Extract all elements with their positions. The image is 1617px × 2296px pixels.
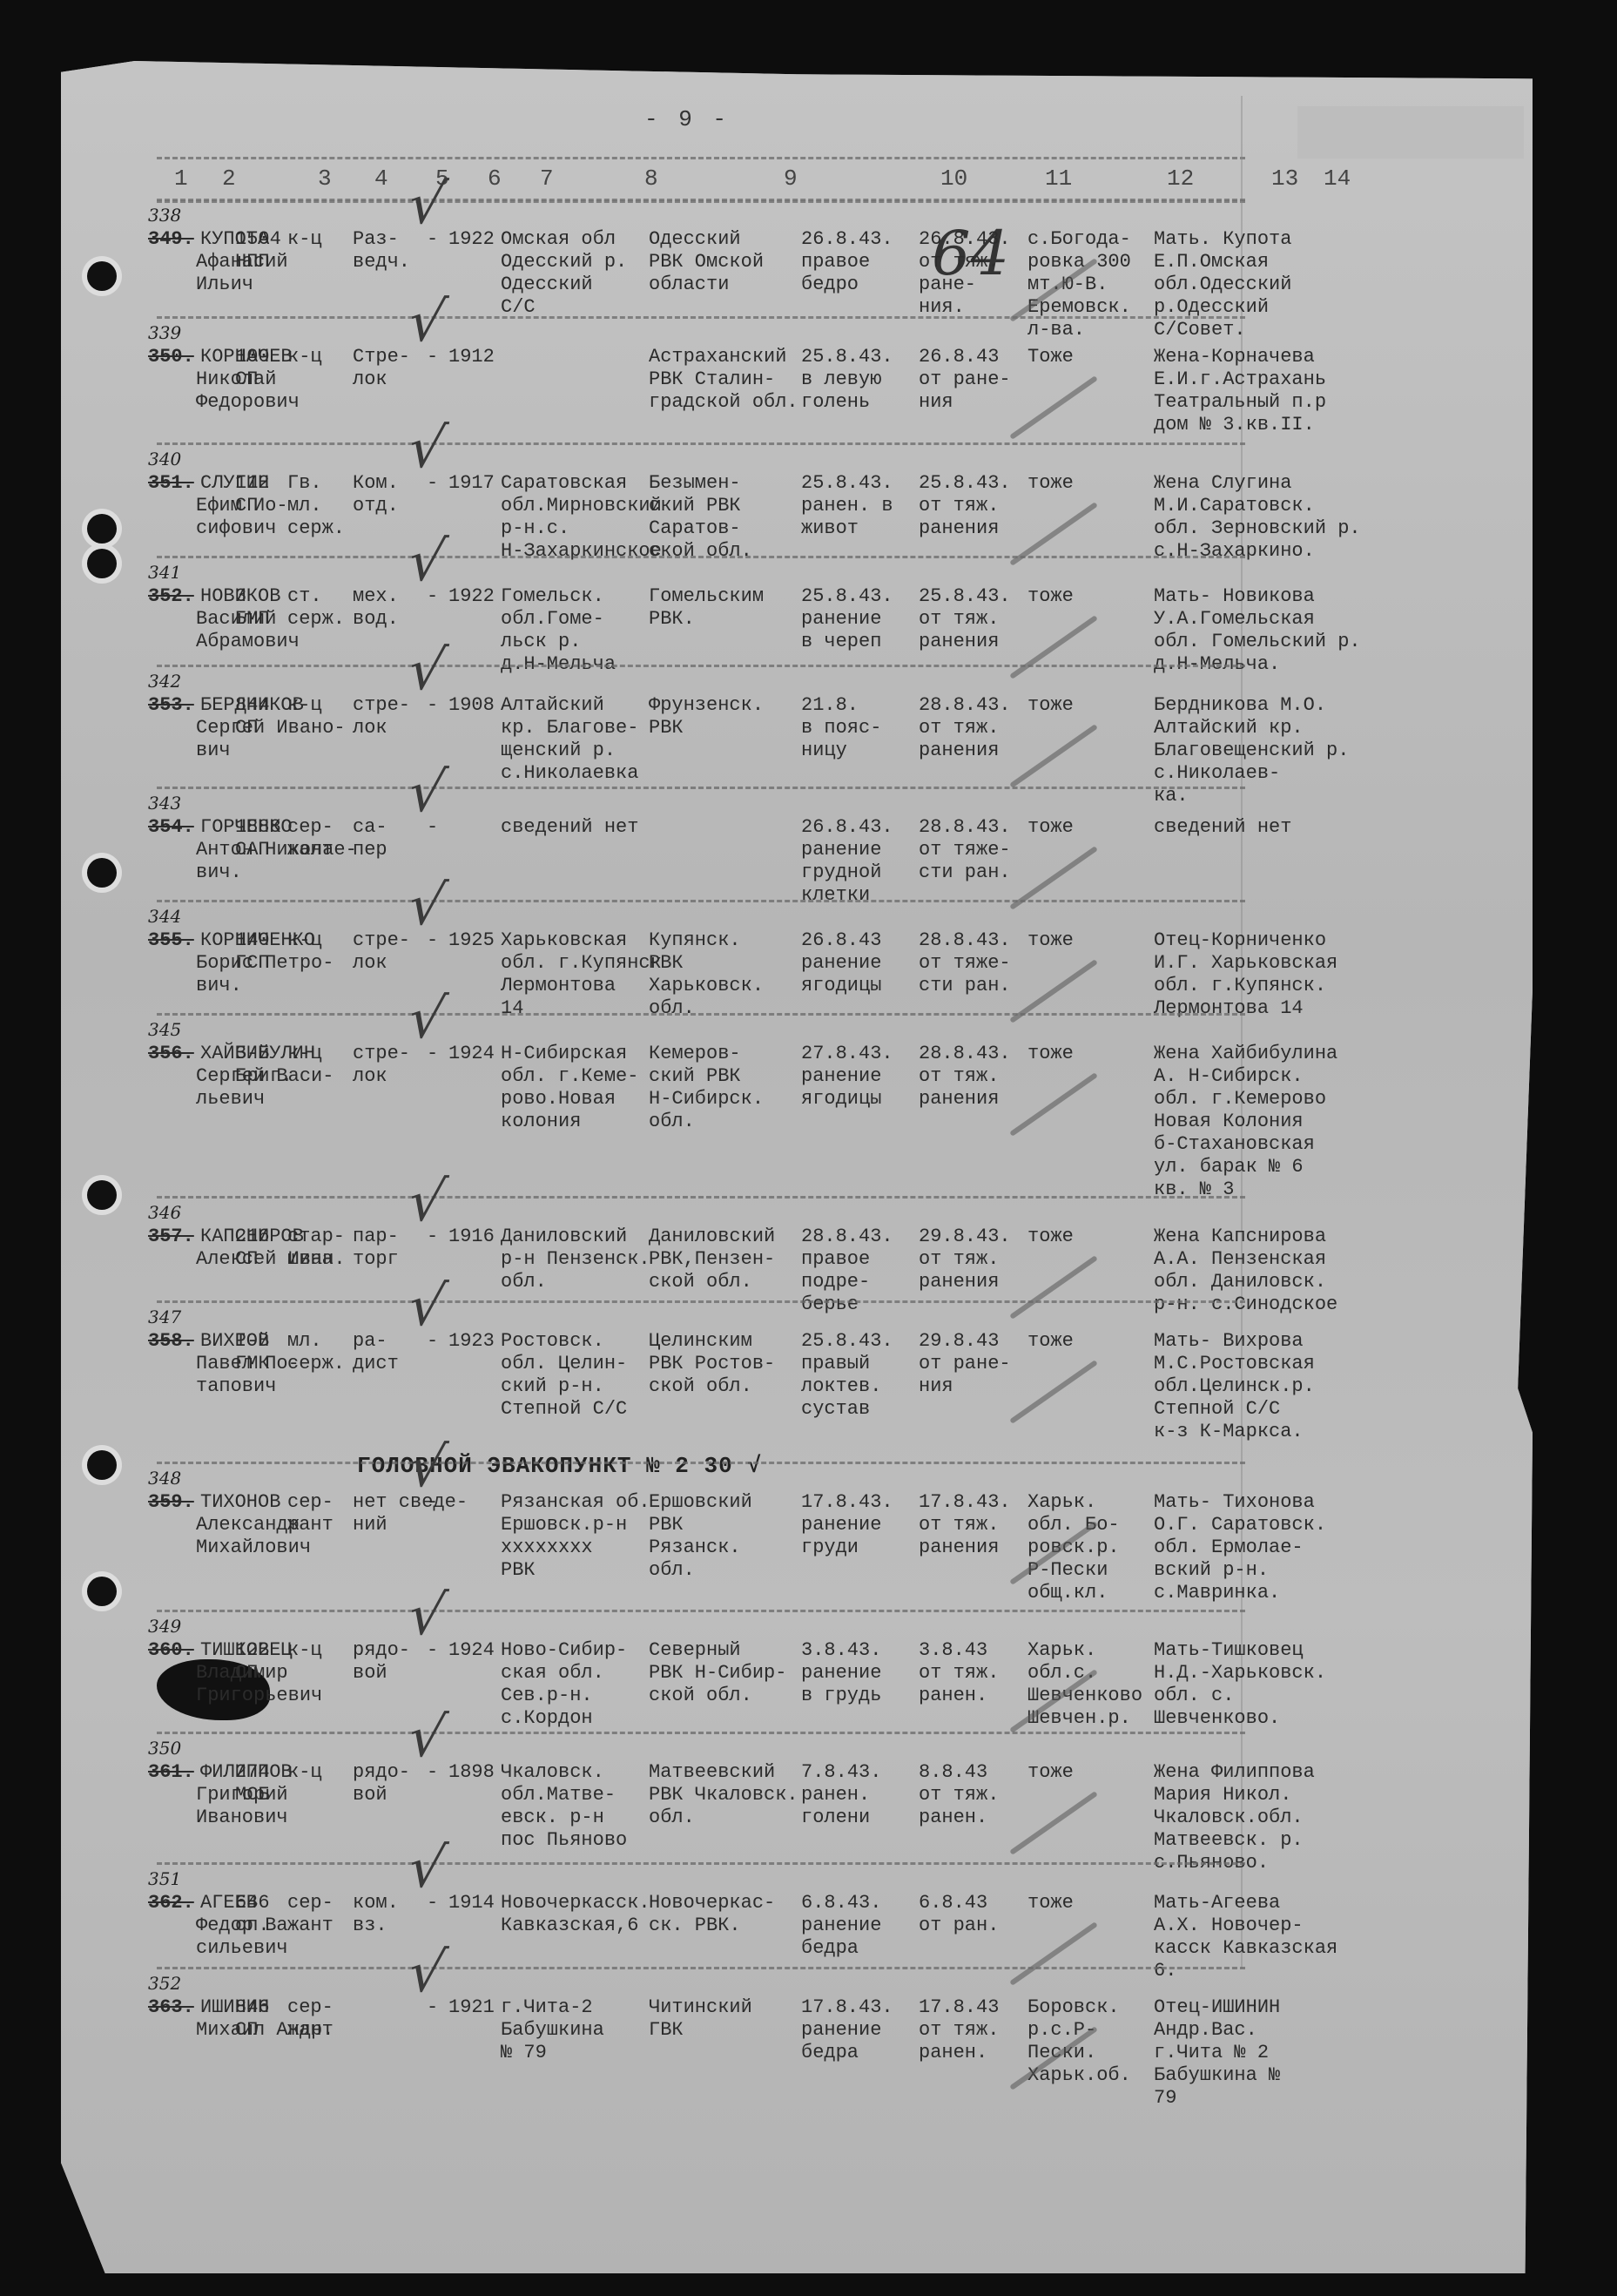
struck-index: 355. xyxy=(148,929,194,952)
field-burial: тоже xyxy=(1027,1226,1074,1248)
struck-index: 356. xyxy=(148,1043,194,1065)
field-specialty: рядо- вой xyxy=(353,1761,410,1806)
field-unit: 140 ГСП xyxy=(235,929,270,975)
field-birth-year: 1922 xyxy=(448,228,495,251)
field-draft-office: Читинский ГВК xyxy=(649,1996,752,2042)
field-death: 17.8.43 от тяж. ранен. xyxy=(919,1996,999,2064)
field-death: 8.8.43 от тяж. ранен. xyxy=(919,1761,999,1829)
field-birthplace: Саратовская обл.Мирновский р-н.с. Н-Заха… xyxy=(501,472,662,563)
field-draft-office: Даниловский РВК,Пензен- ской обл. xyxy=(649,1226,775,1293)
field-rank: к-ц xyxy=(287,694,322,717)
checkmark-icon: √ xyxy=(408,1191,447,1213)
field-unit: 274 МСБ xyxy=(235,1761,270,1806)
field-specialty: рядо- вой xyxy=(353,1639,410,1685)
field-rank: к-ц xyxy=(287,228,322,251)
field-birthplace: Харьковская обл. г.Купянск Лермонтова 14 xyxy=(501,929,662,1020)
field-death: 25.8.43. от тяж. ранения xyxy=(919,585,1011,653)
field-burial: тоже xyxy=(1027,1330,1074,1353)
row-separator xyxy=(157,787,1245,789)
field-rank: к-ц xyxy=(287,929,322,952)
handwritten-index: 344 xyxy=(148,905,181,928)
column-numbers: 1234567891011121314 xyxy=(174,165,1393,197)
field-specialty: ра- дист xyxy=(353,1330,399,1375)
field-wound: 6.8.43. ранение бедра xyxy=(801,1892,881,1960)
field-draft-office: Гомельским РВК. xyxy=(649,585,764,631)
field-unit: 846 СП xyxy=(235,1996,270,2042)
field-relatives: Отец-ИШИНИН Андр.Вас. г.Чита № 2 Бабушки… xyxy=(1154,1996,1280,2110)
checkmark-icon: √ xyxy=(408,1726,447,1749)
field-wound: 25.8.43. ранение в череп xyxy=(801,585,893,653)
field-burial: Харьк. обл.с. Шевченково Шевчен.р. xyxy=(1027,1639,1142,1730)
field-rank: к-ц xyxy=(287,1761,322,1784)
handwritten-index: 348 xyxy=(148,1467,181,1489)
field-specialty: стре- лок xyxy=(353,694,410,739)
field-birth-year: 1914 xyxy=(448,1892,495,1914)
column-number: 2 xyxy=(222,165,236,192)
handwritten-index: 351 xyxy=(148,1867,181,1890)
struck-index: 361. xyxy=(148,1761,194,1784)
field-birth-year: 1921 xyxy=(448,1996,495,2019)
handwritten-index: 341 xyxy=(148,561,181,584)
field-burial: с.Богода- ровка 300 мт.Ю-В. Еремовск. л-… xyxy=(1027,228,1131,341)
field-unit: I-й ГМК xyxy=(235,1330,270,1375)
field-birth-year: 1925 xyxy=(448,929,495,952)
field-unit: 844 СП xyxy=(235,694,270,739)
column-number: 12 xyxy=(1167,165,1194,192)
field-relatives: Жена-Корначева Е.И.г.Астрахань Театральн… xyxy=(1154,346,1326,436)
field-specialty: мех. вод. xyxy=(353,585,399,631)
checkmark-icon: √ xyxy=(408,311,447,334)
field-birthplace: Омская обл Одесский р. Одесский С/С xyxy=(501,228,627,319)
field-unit: 122 СП xyxy=(235,1639,270,1685)
field-birth-year: 1924 xyxy=(448,1043,495,1065)
field-wound: 3.8.43. ранение в грудь xyxy=(801,1639,881,1707)
checkmark-icon: √ xyxy=(408,193,447,216)
field-rank: стар- шина xyxy=(287,1226,345,1271)
field-birthplace: Рязанская об. Ершовск.р-н xxxxxxxx РВК xyxy=(501,1491,650,1582)
field-specialty: Стре- лок xyxy=(353,346,410,391)
field-draft-office: Целинским РВК Ростов- ской обл. xyxy=(649,1330,775,1398)
checkmark-icon: √ xyxy=(408,1008,447,1030)
field-relatives: Жена Слугина М.И.Саратовск. обл. Зерновс… xyxy=(1154,472,1361,563)
field-draft-office: Новочеркас- ск. РВК. xyxy=(649,1892,775,1937)
field-wound: 25.8.43. в левую голень xyxy=(801,346,893,414)
field-death: 17.8.43. от тяж. ранения xyxy=(919,1491,1011,1559)
field-burial: тоже xyxy=(1027,472,1074,495)
punch-hole xyxy=(87,261,117,291)
field-specialty: Раз- ведч. xyxy=(353,228,410,273)
struck-index: 362. xyxy=(148,1892,194,1914)
struck-index: 360. xyxy=(148,1639,194,1662)
row-separator xyxy=(157,316,1245,319)
field-wound: 21.8. в пояс- ницу xyxy=(801,694,881,762)
field-specialty: стре- лок xyxy=(353,929,410,975)
field-birthplace: сведений нет xyxy=(501,816,638,839)
field-unit: 112 СП xyxy=(235,472,270,517)
field-burial: тоже xyxy=(1027,1761,1074,1784)
row-separator xyxy=(157,1196,1245,1199)
field-rank: сер- жант xyxy=(287,816,334,861)
column-number: 8 xyxy=(644,165,658,192)
field-birth-year: 1898 xyxy=(448,1761,495,1784)
field-birth-year: 1912 xyxy=(448,346,495,368)
field-relatives: Бердникова М.О. Алтайский кр. Благовещен… xyxy=(1154,694,1349,807)
field-relatives: сведений нет xyxy=(1154,816,1291,839)
field-burial: Тоже xyxy=(1027,346,1074,368)
field-unit: 216 СП xyxy=(235,1226,270,1271)
field-draft-office: Кемеров- ский РВК Н-Сибирск. обл. xyxy=(649,1043,764,1133)
field-burial: Харьк. обл. Бо- ровск.р. Р-Пески общ.кл. xyxy=(1027,1491,1120,1604)
field-draft-office: Матвеевский РВК Чкаловск. обл. xyxy=(649,1761,798,1829)
field-wound: 27.8.43. ранение ягодицы xyxy=(801,1043,893,1111)
field-relatives: Отец-Корниченко И.Г. Харьковская обл. г.… xyxy=(1154,929,1337,1020)
column-number: 4 xyxy=(374,165,388,192)
handwritten-index: 347 xyxy=(148,1306,181,1328)
field-birth-year: 1917 xyxy=(448,472,495,495)
column-number: 1 xyxy=(174,165,188,192)
handwritten-index: 345 xyxy=(148,1018,181,1041)
field-draft-office: Купянск. РВК Харьковск. обл. xyxy=(649,929,764,1020)
field-death: 28.8.43. от тяж. ранения xyxy=(919,694,1011,762)
column-number: 3 xyxy=(318,165,332,192)
field-rank: к-ц xyxy=(287,1639,322,1662)
checkmark-icon: √ xyxy=(408,1295,447,1318)
punch-hole xyxy=(87,549,117,578)
row-separator xyxy=(157,665,1245,667)
field-draft-office: Северный РВК Н-Сибир- ской обл. xyxy=(649,1639,786,1707)
field-wound: 7.8.43. ранен. голени xyxy=(801,1761,881,1829)
handwritten-index: 338 xyxy=(148,204,181,226)
field-draft-office: Безымен- ский РВК Саратов- ской обл. xyxy=(649,472,752,563)
struck-index: 353. xyxy=(148,694,194,717)
field-wound: 26.8.43 ранение ягодицы xyxy=(801,929,881,997)
row-separator xyxy=(157,1300,1245,1303)
column-number: 11 xyxy=(1045,165,1072,192)
punch-hole xyxy=(87,1450,117,1480)
field-unit: 3-й Бриг. xyxy=(235,1043,293,1088)
field-relatives: Жена Филиппова Мария Никол. Чкаловск.обл… xyxy=(1154,1761,1315,1874)
column-number: 10 xyxy=(940,165,967,192)
field-rank: к-ц xyxy=(287,346,322,368)
struck-index: 363. xyxy=(148,1996,194,2019)
field-unit: 100 СП xyxy=(235,346,270,391)
field-relatives: Мать- Новикова У.А.Гомельская обл. Гомел… xyxy=(1154,585,1361,676)
field-draft-office: Фрунзенск. РВК xyxy=(649,694,764,739)
field-relatives: Мать- Тихонова О.Г. Саратовск. обл. Ермо… xyxy=(1154,1491,1326,1604)
field-birthplace: Ростовск. обл. Целин- ский р-н. Степной … xyxy=(501,1330,627,1421)
handwritten-index: 349 xyxy=(148,1615,181,1638)
field-specialty: пар- торг xyxy=(353,1226,399,1271)
handwritten-index: 350 xyxy=(148,1737,181,1759)
checkmark-icon: √ xyxy=(408,659,447,682)
row-separator xyxy=(157,1610,1245,1612)
checkmark-icon: √ xyxy=(408,550,447,573)
field-first-patronymic: Сергей Ивано- вич xyxy=(196,717,346,762)
field-birthplace: Чкаловск. обл.Матве- евск. р-н пос Пьяно… xyxy=(501,1761,627,1852)
punch-hole xyxy=(87,858,117,888)
field-wound: 17.8.43. ранение бедра xyxy=(801,1996,893,2064)
struck-index: 359. xyxy=(148,1491,194,1514)
handwritten-index: 342 xyxy=(148,670,181,692)
punch-hole xyxy=(87,1577,117,1606)
field-burial: тоже xyxy=(1027,929,1074,952)
field-specialty: са- пер xyxy=(353,816,387,861)
punch-hole xyxy=(87,1180,117,1210)
field-birthplace: Алтайский кр. Благове- щенский р. с.Нико… xyxy=(501,694,638,785)
checkmark-icon: √ xyxy=(408,1456,447,1479)
struck-index: 351. xyxy=(148,472,194,495)
field-rank: сер- жант xyxy=(287,1892,334,1937)
field-death: 26.8.43. от тяж. ране- ния. xyxy=(919,228,1011,319)
field-rank: ст. серж. xyxy=(287,585,345,631)
handwritten-index: 346 xyxy=(148,1201,181,1224)
field-draft-office: Астраханский РВК Сталин- градской обл. xyxy=(649,346,798,414)
column-number: 9 xyxy=(784,165,798,192)
row-separator xyxy=(157,1462,1245,1464)
row-separator xyxy=(157,1732,1245,1734)
field-relatives: Жена Хайбибулина А. Н-Сибирск. обл. г.Ке… xyxy=(1154,1043,1337,1201)
handwritten-index: 339 xyxy=(148,321,181,344)
field-birthplace: Гомельск. обл.Гоме- льск р. д.Н-Мельча xyxy=(501,585,616,676)
field-death: 3.8.43 от тяж. ранен. xyxy=(919,1639,999,1707)
field-specialty: ком. вз. xyxy=(353,1892,399,1937)
field-birthplace: Даниловский р-н Пензенск. обл. xyxy=(501,1226,650,1293)
field-specialty: стре- лок xyxy=(353,1043,410,1088)
field-death: 29.8.43 от ране- ния xyxy=(919,1330,1011,1398)
field-birth-year: 1922 xyxy=(448,585,495,608)
field-burial: тоже xyxy=(1027,1892,1074,1914)
field-relatives: Мать- Вихрова М.С.Ростовская обл.Целинск… xyxy=(1154,1330,1315,1443)
field-relatives: Мать-Тишковец Н.Д.-Харьковск. обл. с. Ше… xyxy=(1154,1639,1326,1730)
header-rule xyxy=(157,157,1245,159)
checkmark-icon: √ xyxy=(408,437,447,460)
column-number: 14 xyxy=(1324,165,1351,192)
row-separator xyxy=(157,1967,1245,1969)
struck-index: 349. xyxy=(148,228,194,251)
field-burial: тоже xyxy=(1027,816,1074,839)
field-birth-year: 1916 xyxy=(448,1226,495,1248)
field-unit: 1888 САП xyxy=(235,816,281,861)
handwritten-index: 340 xyxy=(148,448,181,470)
field-burial: тоже xyxy=(1027,694,1074,717)
field-draft-office: Одесский РВК Омской области xyxy=(649,228,764,296)
field-relatives: Мать. Купота Е.П.Омская обл.Одесский р.О… xyxy=(1154,228,1291,341)
field-draft-office: Ершовский РВК Рязанск. обл. xyxy=(649,1491,752,1582)
field-unit: 1504 НПП xyxy=(235,228,281,273)
row-separator xyxy=(157,556,1245,558)
row-separator xyxy=(157,442,1245,445)
field-birth-year: 1908 xyxy=(448,694,495,717)
field-rank: мл. серж. xyxy=(287,1330,345,1375)
row-separator xyxy=(157,1862,1245,1865)
column-number: 7 xyxy=(540,165,554,192)
field-rank: сер- жант xyxy=(287,1996,334,2042)
torn-corner xyxy=(1297,106,1524,159)
field-rank: к-ц xyxy=(287,1043,322,1065)
field-birth-year: 1924 xyxy=(448,1639,495,1662)
row-separator xyxy=(157,199,1245,201)
field-rank: Гв. мл. серж. xyxy=(287,472,345,540)
field-wound: 26.8.43. правое бедро xyxy=(801,228,893,296)
struck-index: 354. xyxy=(148,816,194,839)
field-death: 25.8.43. от тяж. ранения xyxy=(919,472,1011,540)
struck-index: 357. xyxy=(148,1226,194,1248)
field-birth-year: 1923 xyxy=(448,1330,495,1353)
field-wound: 26.8.43. ранение грудной клетки xyxy=(801,816,893,907)
field-death: 6.8.43 от ран. xyxy=(919,1892,999,1937)
checkmark-icon: √ xyxy=(408,895,447,917)
field-death: 28.8.43. от тяже- сти ран. xyxy=(919,929,1011,997)
checkmark-icon: √ xyxy=(408,1857,447,1880)
struck-index: 350. xyxy=(148,346,194,368)
field-rank: сер- жант xyxy=(287,1491,334,1536)
field-burial: тоже xyxy=(1027,585,1074,608)
field-burial: тоже xyxy=(1027,1043,1074,1065)
checkmark-icon: √ xyxy=(408,1962,447,1984)
struck-index: 358. xyxy=(148,1330,194,1353)
field-birthplace: Ново-Сибир- ская обл. Сев.р-н. с.Кордон xyxy=(501,1639,627,1730)
field-birthplace: г.Чита-2 Бабушкина № 79 xyxy=(501,1996,604,2064)
field-wound: 17.8.43. ранение груди xyxy=(801,1491,893,1559)
field-wound: 25.8.43. правый локтев. сустав xyxy=(801,1330,893,1421)
handwritten-index: 343 xyxy=(148,792,181,814)
field-unit: 646 сп. xyxy=(235,1892,270,1937)
field-death: 29.8.43. от тяж. ранения xyxy=(919,1226,1011,1293)
struck-index: 352. xyxy=(148,585,194,608)
field-birthplace: Н-Сибирская обл. г.Кеме- рово.Новая коло… xyxy=(501,1043,638,1133)
page-number: - 9 - xyxy=(644,106,730,132)
row-separator xyxy=(157,1013,1245,1016)
field-death: 26.8.43 от ране- ния xyxy=(919,346,1011,414)
column-number: 6 xyxy=(488,165,502,192)
punch-hole xyxy=(87,514,117,544)
row-separator xyxy=(157,900,1245,902)
handwritten-index: 352 xyxy=(148,1972,181,1995)
field-specialty: Ком. отд. xyxy=(353,472,399,517)
field-birthplace: Новочеркасск. Кавказская,6 xyxy=(501,1892,650,1937)
field-death: 28.8.43. от тяж. ранения xyxy=(919,1043,1011,1111)
checkmark-icon: √ xyxy=(408,1604,447,1627)
column-number: 13 xyxy=(1271,165,1298,192)
field-surname: ТИХОНОВ xyxy=(200,1491,280,1514)
field-wound: 25.8.43. ранен. в живот xyxy=(801,472,893,540)
checkmark-icon: √ xyxy=(408,781,447,804)
field-death: 28.8.43. от тяже- сти ран. xyxy=(919,816,1011,884)
field-unit: 3 БМП xyxy=(235,585,270,631)
